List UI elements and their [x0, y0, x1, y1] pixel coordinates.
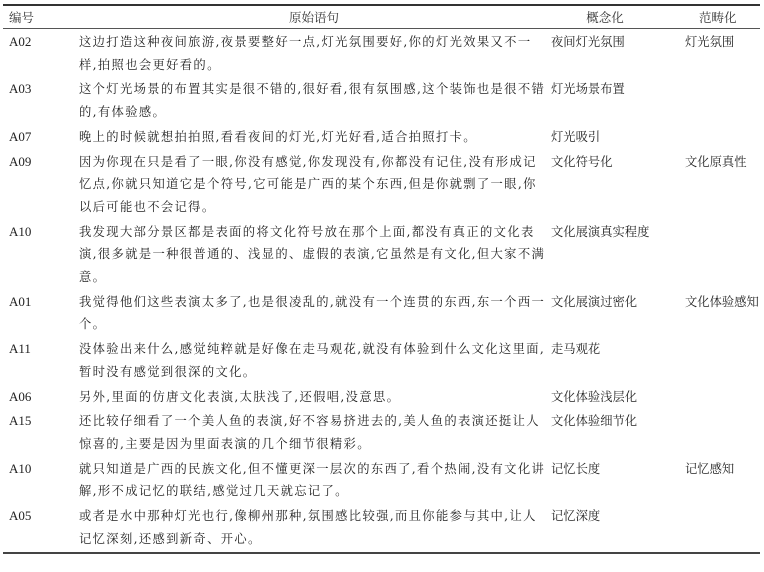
row-concept: 灯光吸引	[549, 126, 685, 149]
row-concept: 文化展演过密化	[549, 291, 685, 336]
row-concept: 文化体验浅层化	[549, 386, 685, 409]
row-category	[685, 126, 760, 149]
header-concept: 概念化	[549, 8, 685, 26]
row-id: A06	[3, 386, 75, 409]
row-id: A01	[3, 291, 75, 336]
row-category	[685, 386, 760, 409]
row-statement: 晚上的时候就想拍拍照,看看夜间的灯光,灯光好看,适合拍照打卡。	[75, 126, 549, 149]
row-category: 文化原真性	[685, 151, 760, 219]
table-header: 编号 原始语句 概念化 范畴化	[3, 6, 760, 28]
table-row: A05 或者是水中那种灯光也行,像柳州那种,氛围感比较强,而且你能参与其中,让人…	[3, 503, 760, 550]
row-id: A09	[3, 151, 75, 219]
row-statement: 我觉得他们这些表演太多了,也是很凌乱的,就没有一个连贯的东西,东一个西一个。	[75, 291, 549, 336]
table-row: A07 晚上的时候就想拍拍照,看看夜间的灯光,灯光好看,适合拍照打卡。 灯光吸引	[3, 124, 760, 149]
row-statement: 我发现大部分景区都是表面的将文化符号放在那个上面,都没有真正的文化表演,很多就是…	[75, 221, 549, 289]
row-category: 记忆感知	[685, 458, 760, 503]
row-id: A02	[3, 31, 75, 76]
table-row: A10 就只知道是广西的民族文化,但不懂更深一层次的东西了,看个热闹,没有文化讲…	[3, 456, 760, 503]
row-concept: 文化展演真实程度	[549, 221, 685, 289]
row-category: 灯光氛围	[685, 31, 760, 76]
row-statement: 就只知道是广西的民族文化,但不懂更深一层次的东西了,看个热闹,没有文化讲解,形不…	[75, 458, 549, 503]
row-concept: 走马观花	[549, 338, 685, 383]
row-id: A03	[3, 78, 75, 123]
row-statement: 这个灯光场景的布置其实是很不错的,很好看,很有氛围感,这个装饰也是很不错的,有体…	[75, 78, 549, 123]
row-id: A11	[3, 338, 75, 383]
row-concept: 文化体验细节化	[549, 410, 685, 455]
bottom-rule	[3, 552, 760, 554]
row-statement: 因为你现在只是看了一眼,你没有感觉,你发现没有,你都没有记住,没有形成记忆点,你…	[75, 151, 549, 219]
row-id: A05	[3, 505, 75, 550]
header-id: 编号	[3, 8, 75, 26]
row-category	[685, 338, 760, 383]
table-row: A03 这个灯光场景的布置其实是很不错的,很好看,很有氛围感,这个装饰也是很不错…	[3, 76, 760, 123]
row-statement: 还比较仔细看了一个美人鱼的表演,好不容易挤进去的,美人鱼的表演还挺让人惊喜的,主…	[75, 410, 549, 455]
row-statement: 或者是水中那种灯光也行,像柳州那种,氛围感比较强,而且你能参与其中,让人记忆深刻…	[75, 505, 549, 550]
row-statement: 没体验出来什么,感觉纯粹就是好像在走马观花,就没有体验到什么文化这里面,暂时没有…	[75, 338, 549, 383]
header-statement: 原始语句	[75, 8, 549, 26]
row-concept: 灯光场景布置	[549, 78, 685, 123]
row-category	[685, 505, 760, 550]
row-id: A10	[3, 221, 75, 289]
row-category: 文化体验感知	[685, 291, 760, 336]
table-row: A02 这边打造这种夜间旅游,夜景要整好一点,灯光氛围要好,你的灯光效果又不一样…	[3, 29, 760, 76]
row-statement: 这边打造这种夜间旅游,夜景要整好一点,灯光氛围要好,你的灯光效果又不一样,拍照也…	[75, 31, 549, 76]
row-statement: 另外,里面的仿唐文化表演,太肤浅了,还假唱,没意思。	[75, 386, 549, 409]
row-concept: 记忆长度	[549, 458, 685, 503]
table-row: A09 因为你现在只是看了一眼,你没有感觉,你发现没有,你都没有记住,没有形成记…	[3, 149, 760, 219]
row-category	[685, 221, 760, 289]
row-id: A07	[3, 126, 75, 149]
table-row: A11 没体验出来什么,感觉纯粹就是好像在走马观花,就没有体验到什么文化这里面,…	[3, 336, 760, 383]
row-id: A15	[3, 410, 75, 455]
row-category	[685, 410, 760, 455]
table-row: A01 我觉得他们这些表演太多了,也是很凌乱的,就没有一个连贯的东西,东一个西一…	[3, 289, 760, 336]
table-row: A10 我发现大部分景区都是表面的将文化符号放在那个上面,都没有真正的文化表演,…	[3, 219, 760, 289]
row-concept: 记忆深度	[549, 505, 685, 550]
header-category: 范畴化	[685, 8, 760, 26]
table-row: A15 还比较仔细看了一个美人鱼的表演,好不容易挤进去的,美人鱼的表演还挺让人惊…	[3, 408, 760, 455]
row-id: A10	[3, 458, 75, 503]
table-row: A06 另外,里面的仿唐文化表演,太肤浅了,还假唱,没意思。 文化体验浅层化	[3, 384, 760, 409]
row-concept: 夜间灯光氛围	[549, 31, 685, 76]
row-category	[685, 78, 760, 123]
coding-table: 编号 原始语句 概念化 范畴化 A02 这边打造这种夜间旅游,夜景要整好一点,灯…	[3, 4, 760, 554]
row-concept: 文化符号化	[549, 151, 685, 219]
